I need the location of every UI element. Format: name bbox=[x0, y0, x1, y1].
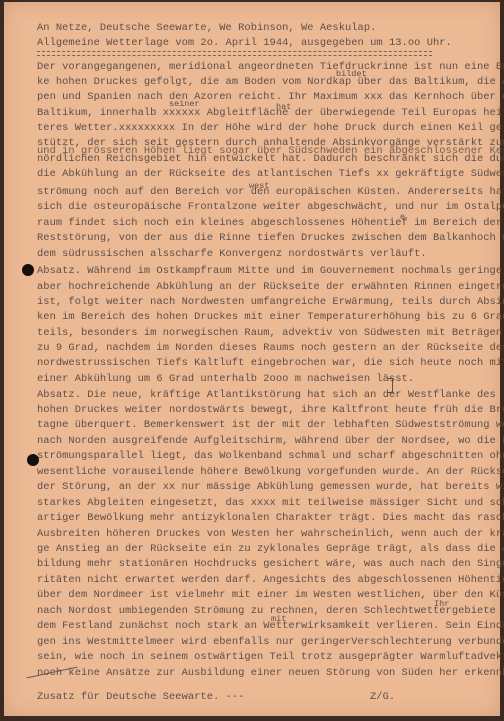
body-line: Baltikum, innerhalb xxxxxx Abgleitfläche… bbox=[37, 108, 504, 119]
signature: Z/G. bbox=[370, 692, 395, 703]
body-line: pen und Spanien nach den Azoren reicht. … bbox=[37, 92, 504, 103]
body-line: die Abkühlung an der Rückseite des atlan… bbox=[37, 169, 504, 180]
addendum-line: Zusatz für Deutsche Seewarte. --- bbox=[37, 692, 244, 703]
body-line: Der vorangegangenen, meridional angeordn… bbox=[37, 62, 504, 73]
punch-hole bbox=[27, 454, 39, 466]
typewritten-document-page: An Netze, Deutsche Seewarte, We Robinson… bbox=[4, 2, 500, 716]
body-line: Absatz. Während im Ostkampfraum Mitte un… bbox=[37, 266, 504, 277]
body-line: sein, wie noch in seinem ostwärtigen Tei… bbox=[37, 652, 504, 663]
body-line: starkes Abgleiten eingesetzt, das xxxx m… bbox=[37, 498, 504, 509]
body-line: teres Wetter.xxxxxxxxx In der Höhe wird … bbox=[37, 123, 504, 134]
interlinear-correction: mit bbox=[271, 614, 286, 624]
body-line: Ausbreiten höheren Druckes von Westen he… bbox=[37, 529, 504, 540]
body-line: aber hochreichende Abkühlung an der Rück… bbox=[37, 282, 504, 293]
body-line: strömungsparallel liegt, das Wolkenband … bbox=[37, 451, 504, 462]
body-line: sich die osteuropäische Frontalzone weit… bbox=[37, 202, 504, 213]
body-line: der Störung, an der xx nur mässige Abküh… bbox=[37, 482, 504, 493]
body-line: noch keine Ansätze zur Ausbildung einer … bbox=[37, 668, 504, 679]
body-line: ist, folgt weiter nach Nordwesten umfang… bbox=[37, 297, 504, 308]
interlinear-correction: bildet bbox=[336, 69, 367, 79]
body-line: einer Abkühlung um 6 Grad unterhalb 2ooo… bbox=[37, 374, 414, 385]
double-underline bbox=[37, 51, 432, 56]
body-line: gen ins Westmittelmeer wird ebenfalls nu… bbox=[37, 637, 504, 648]
body-line: dem südrussischen alsscharfe Konvergenz … bbox=[37, 249, 427, 260]
punch-hole bbox=[22, 264, 34, 276]
body-line: nördlichen Reichsgebiet hin entwickelt h… bbox=[37, 154, 504, 165]
body-line: hohen Druckes weiter nordostwärts bewegt… bbox=[37, 405, 504, 416]
body-line: ken im Bereich des hohen Druckes mit ein… bbox=[37, 312, 504, 323]
document-title: Allgemeine Wetterlage vom 2o. April 1944… bbox=[37, 38, 452, 49]
body-line: strömung noch auf den Bereich vor den eu… bbox=[37, 187, 504, 198]
body-line: nach Norden ausgreifende Aufgleitschirm,… bbox=[37, 436, 504, 447]
body-line: artiger Bewölkung mehr antizyklonalen Ch… bbox=[37, 513, 504, 524]
body-line: ge Anstieg an der Rückseite ein zu zyklo… bbox=[37, 544, 504, 555]
body-line: wesentliche vorauseilende höhere Bewölku… bbox=[37, 467, 504, 478]
body-line: teils, besonders im norwegischen Raum, a… bbox=[37, 328, 504, 339]
body-line: raum findet sich noch ein kleines abgesc… bbox=[37, 218, 502, 229]
body-line: bildung mehr stationären Hochdrucks gesi… bbox=[37, 559, 504, 570]
body-line: ke hohen Druckes gefolgt, die am Boden v… bbox=[37, 77, 504, 88]
interlinear-correction: Ihr bbox=[434, 599, 449, 609]
body-line: zu 9 Grad, nachdem im Norden dieses Raum… bbox=[37, 343, 504, 354]
recipients-line: An Netze, Deutsche Seewarte, We Robinson… bbox=[37, 23, 376, 34]
body-line: tagne überquert. Bemerkenswert ist der m… bbox=[37, 420, 504, 431]
body-line: nordwestrussischen Tiefs Kaltluft eingeb… bbox=[37, 358, 504, 369]
body-line: ritäten nicht erwartet werden darf. Ange… bbox=[37, 575, 504, 586]
body-line: Reststörung, von der aus die Rinne tiefe… bbox=[37, 233, 504, 244]
body-line: Absatz. Die neue, kräftige Atlantikstöru… bbox=[37, 390, 496, 401]
